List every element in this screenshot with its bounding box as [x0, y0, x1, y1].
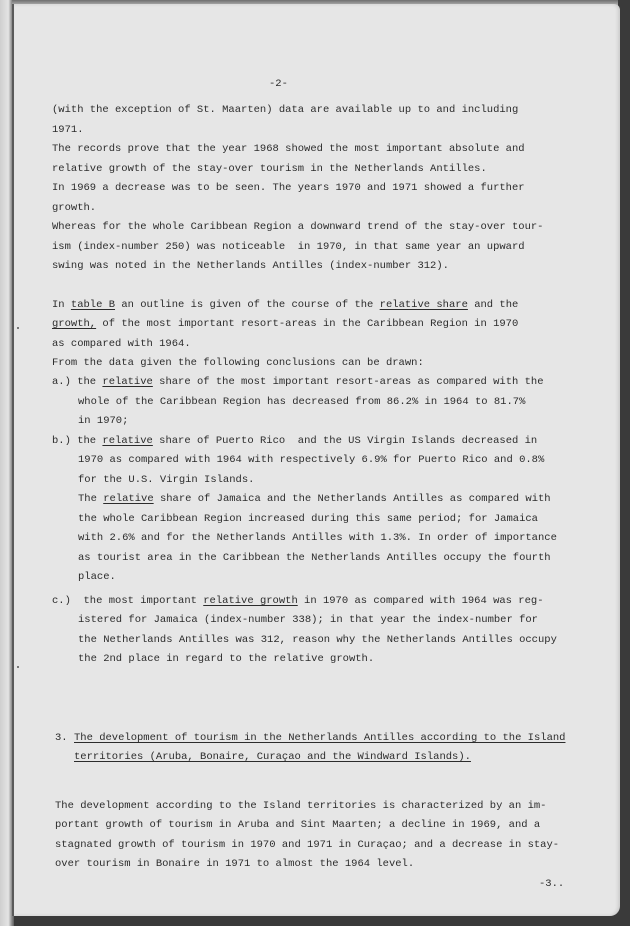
item-a-line-1: a.) the relative share of the most impor…	[52, 375, 544, 389]
speck	[17, 327, 19, 329]
text: an outline is given of the course of the	[115, 299, 380, 311]
text: of the most important resort-areas in th…	[96, 318, 518, 330]
para2-line-2: growth, of the most important resort-are…	[52, 317, 518, 331]
item-b-line-2: 1970 as compared with 1964 with respecti…	[78, 453, 544, 467]
item-c-line-1: c.) the most important relative growth i…	[52, 594, 544, 608]
underlined-relative: relative	[103, 493, 153, 505]
item-b-line-8: place.	[78, 570, 116, 584]
item-a-line-2: whole of the Caribbean Region has decrea…	[78, 395, 525, 409]
item-b-line-5: the whole Caribbean Region increased dur…	[78, 512, 538, 526]
item-c-line-3: the Netherlands Antilles was 312, reason…	[78, 633, 557, 647]
next-page-marker: -3..	[539, 878, 564, 890]
item-a-line-3: in 1970;	[78, 414, 128, 428]
text: in 1970 as compared with 1964 was reg-	[298, 595, 544, 607]
item-a-label: a.)	[52, 376, 71, 388]
para1-line-2: 1971.	[52, 123, 84, 137]
text: share of the most important resort-areas…	[153, 376, 544, 388]
item-b-line-6: with 2.6% and for the Netherlands Antill…	[78, 531, 557, 545]
item-b-line-3: for the U.S. Virgin Islands.	[78, 473, 254, 487]
item-b-label: b.)	[52, 435, 71, 447]
speck	[17, 666, 19, 668]
item-b-line-7: as tourist area in the Caribbean the Net…	[78, 551, 551, 565]
page-number: -2-	[269, 78, 288, 90]
text: the most important	[71, 595, 203, 607]
text: share of Puerto Rico and the US Virgin I…	[153, 435, 537, 447]
item-b-line-1: b.) the relative share of Puerto Rico an…	[52, 434, 537, 448]
item-c-line-4: the 2nd place in regard to the relative …	[78, 652, 374, 666]
para3-line-2: portant growth of tourism in Aruba and S…	[55, 818, 540, 832]
item-b-line-4: The relative share of Jamaica and the Ne…	[78, 492, 551, 506]
text: the	[71, 435, 103, 447]
para1-line-7: Whereas for the whole Caribbean Region a…	[52, 220, 543, 234]
para3-line-4: over tourism in Bonaire in 1971 to almos…	[55, 857, 414, 871]
underlined-growth: growth,	[52, 318, 96, 330]
text: the	[71, 376, 103, 388]
para1-line-9: swing was noted in the Netherlands Antil…	[52, 259, 449, 273]
para1-line-3: The records prove that the year 1968 sho…	[52, 142, 525, 156]
text: share of Jamaica and the Netherlands Ant…	[154, 493, 551, 505]
section-3-title-line-1: The development of tourism in the Nether…	[74, 731, 565, 745]
para1-line-5: In 1969 a decrease was to be seen. The y…	[52, 181, 525, 195]
underlined-relative-share: relative share	[380, 299, 468, 311]
item-c-label: c.)	[52, 595, 71, 607]
para1-line-4: relative growth of the stay-over tourism…	[52, 162, 487, 176]
underlined-relative-growth: relative growth	[203, 595, 298, 607]
item-c-line-2: istered for Jamaica (index-number 338); …	[78, 613, 538, 627]
para2-line-1: In table B an outline is given of the co…	[52, 298, 518, 312]
para2-line-4: From the data given the following conclu…	[52, 356, 424, 370]
para1-line-8: ism (index-number 250) was noticeable in…	[52, 240, 525, 254]
para1-line-1: (with the exception of St. Maarten) data…	[52, 103, 518, 117]
underlined-relative: relative	[102, 376, 152, 388]
text: In	[52, 299, 71, 311]
text: and the	[468, 299, 518, 311]
para3-line-1: The development according to the Island …	[55, 799, 546, 813]
para2-line-3: as compared with 1964.	[52, 337, 191, 351]
underlined-relative: relative	[102, 435, 152, 447]
underlined-table-b: table B	[71, 299, 115, 311]
section-3-number: 3.	[55, 731, 68, 745]
para3-line-3: stagnated growth of tourism in 1970 and …	[55, 838, 559, 852]
section-3-title-line-2: territories (Aruba, Bonaire, Curaçao and…	[74, 750, 471, 764]
para1-line-6: growth.	[52, 201, 96, 215]
text: The	[78, 493, 103, 505]
